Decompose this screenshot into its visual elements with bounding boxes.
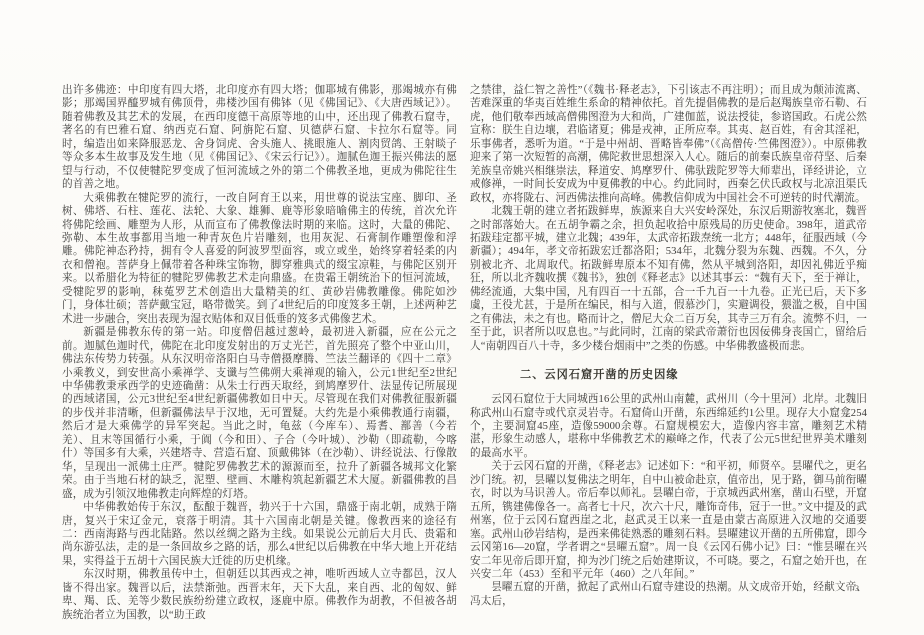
paragraph: 中华佛教始传于东汉，酝酿于魏晋，勃兴于十六国，鼎盛于南北朝，成熟于隋唐，复兴于宋… [62,501,457,568]
page-left: 出许多佛迹：中印度有四大塔，北印度亦有四大塔；伽耶城有佛影，那竭城亦有佛影；那竭… [62,84,457,622]
paragraph: 大乘佛教在犍陀罗的流行，一改自阿育王以来，用世尊的说法宝座、脚印、圣树、佛塔、石… [62,192,457,327]
page-right: 之禁律，益仁智之善性”（《魏书·释老志》，下引该志不再注明）；而且成为颠沛流离、… [470,84,867,608]
paragraph: 昙曜五窟的开凿，掀起了武州山石窟寺建设的热潮。从文成帝开始，经献文帝、冯太后， [470,581,867,608]
paragraph: 北魏王朝的建立者拓跋鲜卑，族源来自大兴安岭深处，东汉后期游牧塞北，魏晋之时部落始… [470,205,867,353]
paragraph: 出许多佛迹：中印度有四大塔，北印度亦有四大塔；伽耶城有佛影，那竭城亦有佛影；那竭… [62,84,457,192]
paragraph: 云冈石窟位于大同城西16公里的武州山南麓，武州川（今十里河）北岸。北魏旧称武州山… [470,393,867,460]
book-spread: 出许多佛迹：中印度有四大塔，北印度亦有四大塔；伽耶城有佛影，那竭城亦有佛影；那竭… [0,0,924,635]
page-number-left: 2 [66,584,70,593]
page-number-right: 3 [855,584,859,593]
section-heading: 二、云冈石窟开凿的历史因缘 [470,366,867,382]
paragraph: 之禁律，益仁智之善性”（《魏书·释老志》，下引该志不再注明）；而且成为颠沛流离、… [470,84,867,205]
paragraph: 新疆是佛教东传的第一站。印度僧侣越过葱岭，最初进入新疆，应在公元之前。迦腻色迦时… [62,326,457,501]
paragraph: 关于云冈石窟的开凿，《释老志》记述如下：“和平初，师贤卒。昙曜代之，更名沙门统。… [470,460,867,581]
paragraph: 东汉时期，佛教虽传中土，但朝廷以其西戎之神，唯听西域人立寺都邑，汉人皆不得出家。… [62,568,457,622]
